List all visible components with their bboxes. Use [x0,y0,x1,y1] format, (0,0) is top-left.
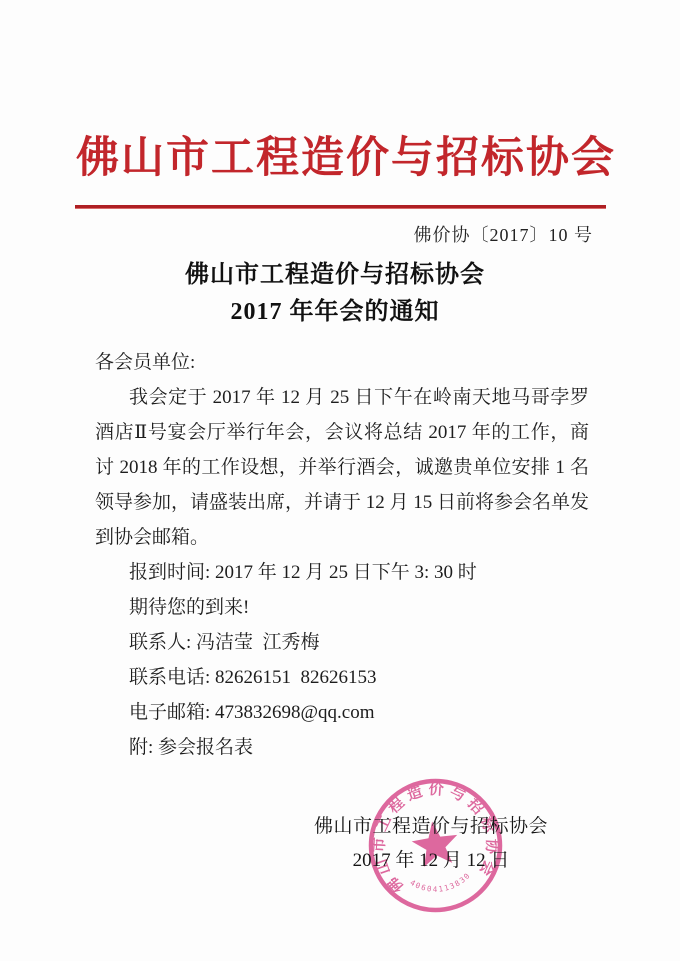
signature-block: 佛山市工程造价与招标协会 2017 年 12 月 12 日 [281,810,581,878]
body-line: 酒店Ⅱ号宴会厅举行年会，会议将总结 2017 年的工作，商 [95,415,589,450]
document-number: 佛价协〔2017〕10 号 [414,221,594,247]
notice-title-line2: 2017 年年会的通知 [75,294,595,331]
body-line: 我会定于 2017 年 12 月 25 日下午在岭南天地马哥孛罗 [95,380,589,415]
body-line: 到协会邮箱。 [95,520,589,555]
signature-date: 2017 年 12 月 12 日 [281,844,581,878]
checkin-time-line: 报到时间: 2017 年 12 月 25 日下午 3: 30 时 [95,555,589,590]
email-line: 电子邮箱: 473832698@qq.com [95,695,589,730]
letterhead-org-title: 佛山市工程造价与招标协会 [76,134,604,184]
notice-title-line1: 佛山市工程造价与招标协会 [75,257,595,294]
scanned-notice-page: 佛山市工程造价与招标协会 佛价协〔2017〕10 号 佛山市工程造价与招标协会 … [0,0,680,961]
body-line: 领导参加，请盛装出席，并请于 12 月 15 日前将参会名单发 [95,485,589,520]
contacts-line: 联系人: 冯洁莹 江秀梅 [95,625,589,660]
notice-body: 各会员单位: 我会定于 2017 年 12 月 25 日下午在岭南天地马哥孛罗 … [95,345,589,765]
body-line: 讨 2018 年的工作设想，并举行酒会，诚邀贵单位安排 1 名 [95,450,589,485]
salutation: 各会员单位: [95,345,589,380]
phone-line: 联系电话: 82626151 82626153 [95,660,589,695]
letterhead-red-rule [75,205,606,209]
signature-org: 佛山市工程造价与招标协会 [281,810,581,844]
attachment-line: 附: 参会报名表 [95,730,589,765]
notice-title: 佛山市工程造价与招标协会 2017 年年会的通知 [75,257,595,331]
welcome-line: 期待您的到来! [95,590,589,625]
